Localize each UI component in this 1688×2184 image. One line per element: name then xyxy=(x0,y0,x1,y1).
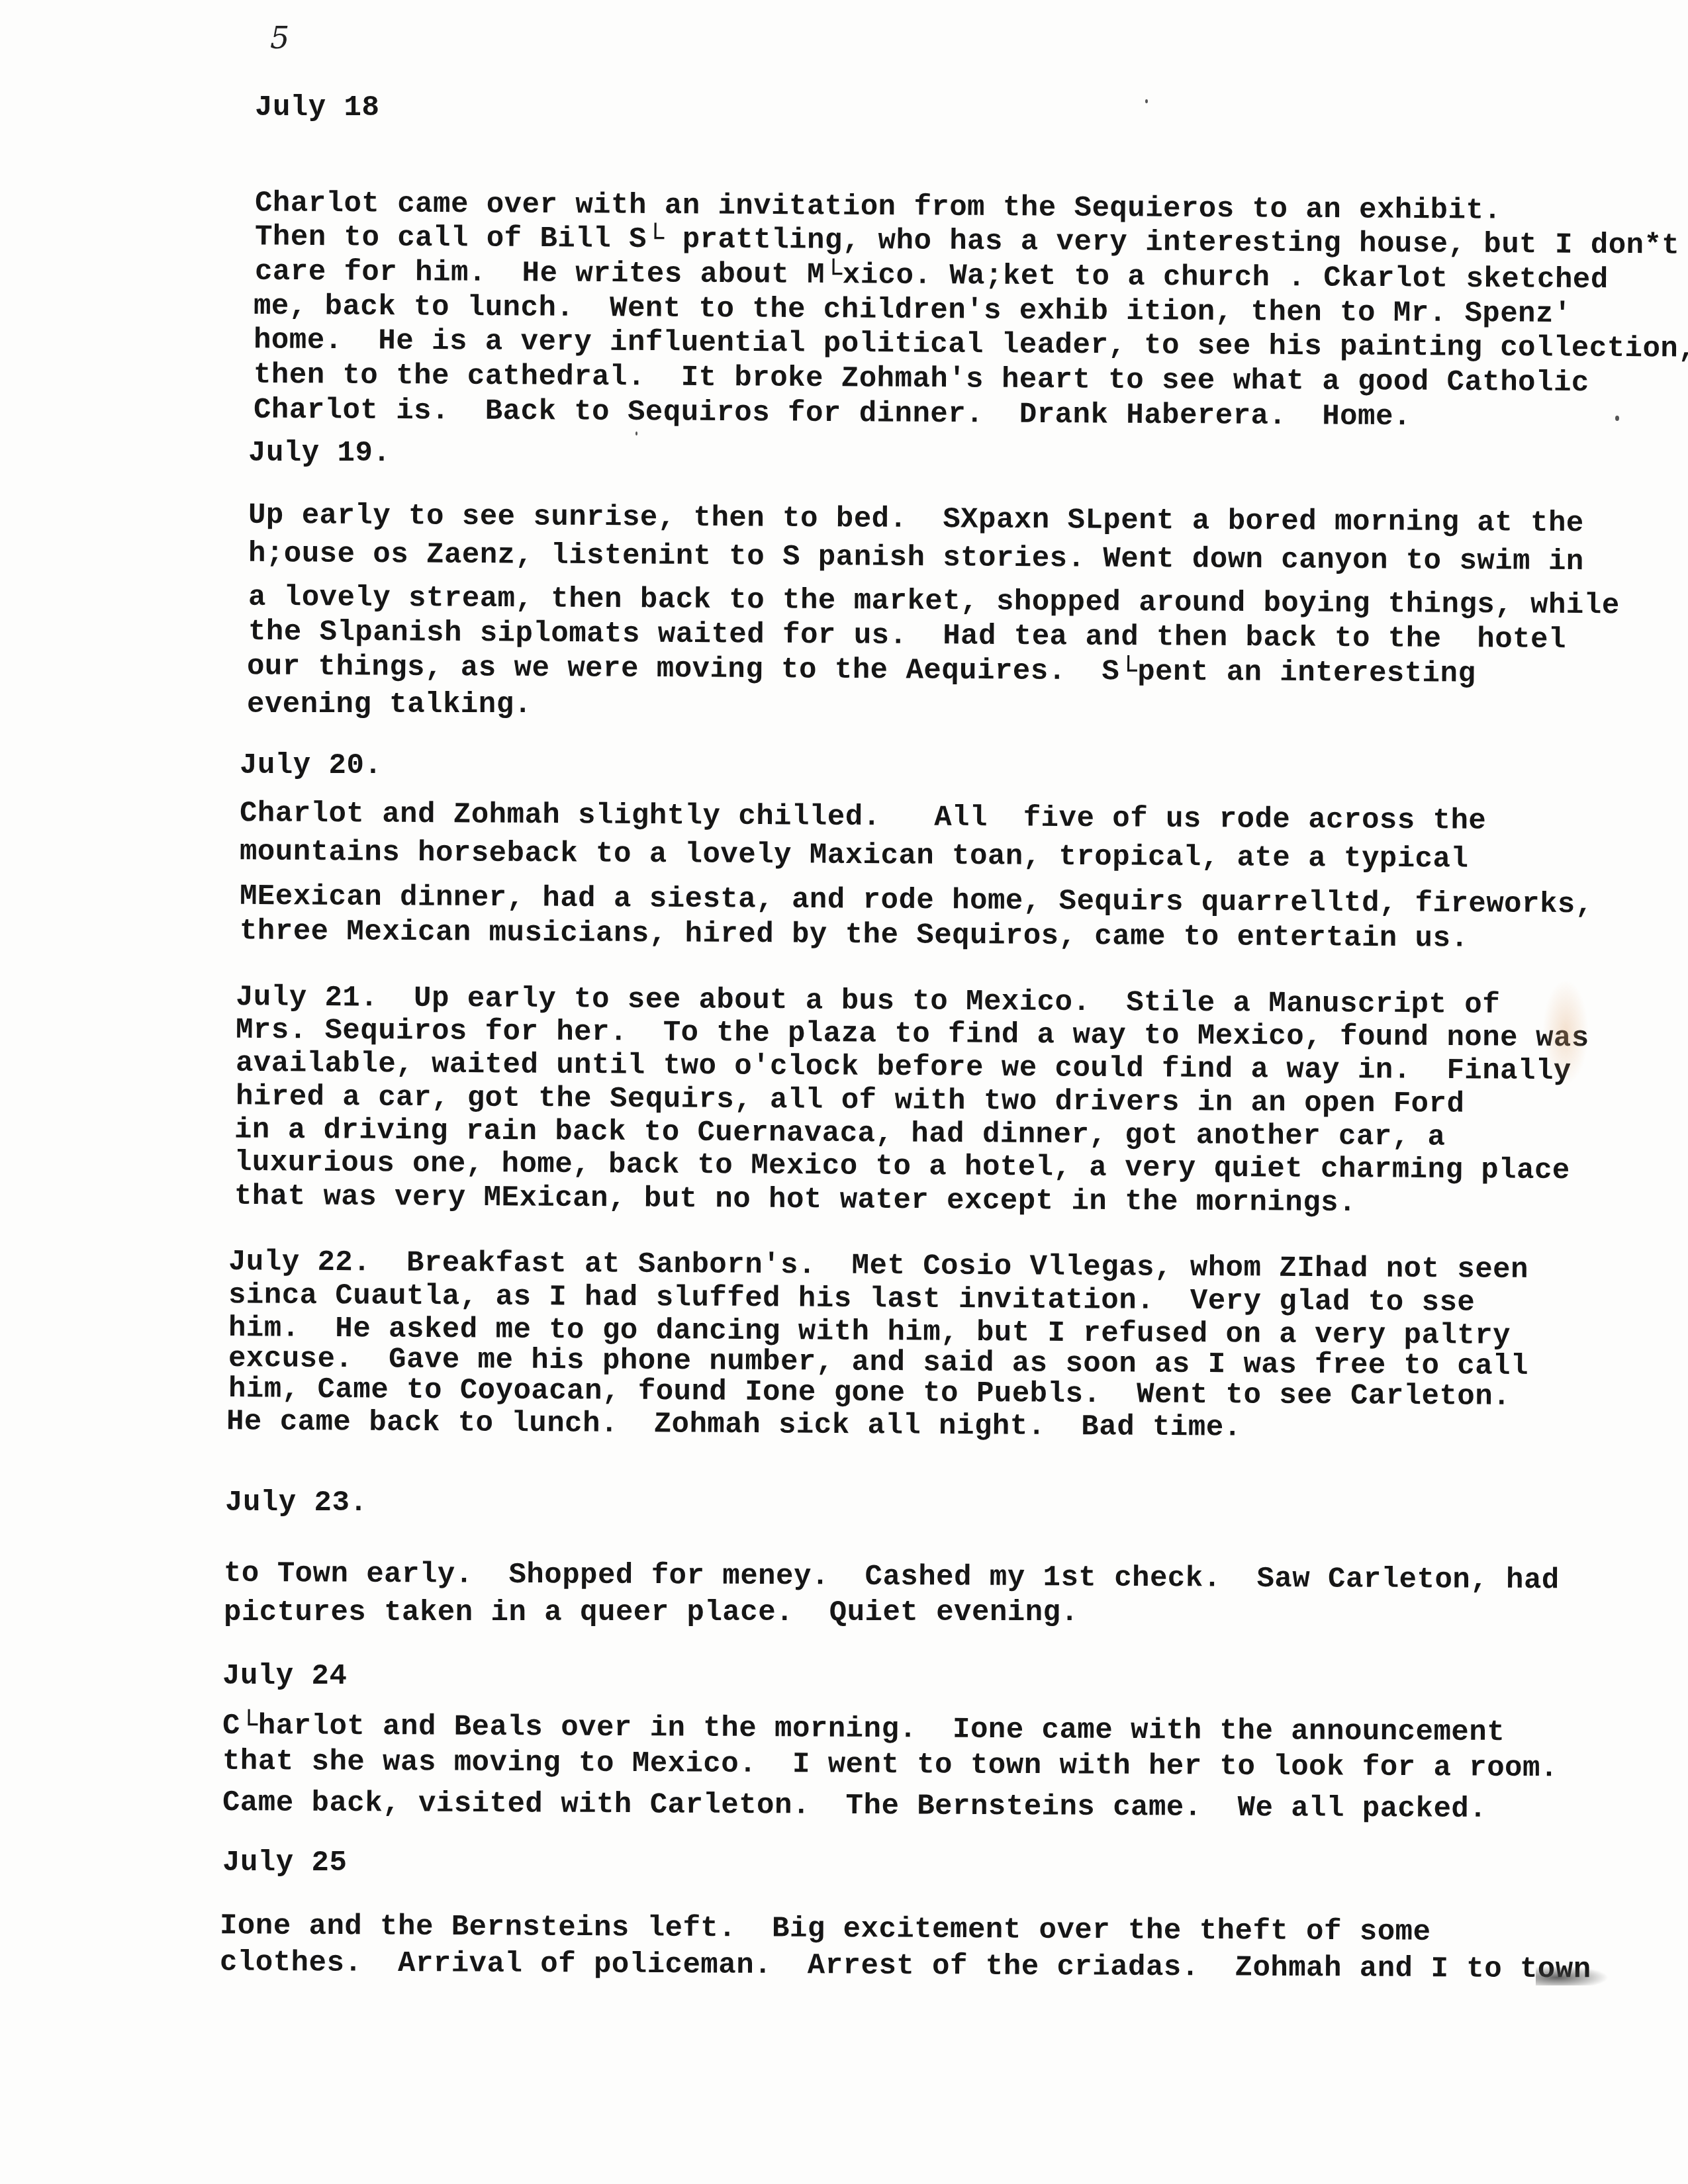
entry-line: three Mexican musicians, hired by the Se… xyxy=(240,915,1469,955)
entry-date: July 18 xyxy=(255,91,379,124)
speck-mark xyxy=(635,432,637,435)
entry-line: clothes. Arrival of policeman. Arrest of… xyxy=(220,1946,1591,1987)
entry-line: He came back to lunch. Zohmah sick all n… xyxy=(226,1405,1242,1444)
entry-line: then to the cathedral. It broke Zohmah's… xyxy=(254,359,1589,400)
entry-date: July 25 xyxy=(222,1846,347,1880)
entry-line: Charlot is. Back to Sequiros for dinner.… xyxy=(254,394,1411,434)
entry-line: evening talking. xyxy=(247,688,532,721)
entry-line: Ione and the Bernsteins left. Big excite… xyxy=(220,1909,1431,1949)
document-page: 5 July 18 Charlot came over with an invi… xyxy=(0,0,1688,2184)
page-number: 5 xyxy=(270,20,289,56)
entry-line: our things, as we were moving to the Aeq… xyxy=(247,650,1476,690)
entry-line: pictures taken in a queer place. Quiet e… xyxy=(224,1596,1078,1629)
entry-line: that she was moving to Mexico. I went to… xyxy=(222,1745,1558,1786)
speck-mark xyxy=(1615,416,1619,421)
entry-date: July 24 xyxy=(222,1660,347,1693)
entry-date: July 19. xyxy=(248,437,391,470)
entry-line: Charlot and Zohmah slightly chilled. All… xyxy=(240,797,1487,838)
entry-date: July 20. xyxy=(240,749,382,782)
entry-line: Up early to see sunrise, then to bed. SX… xyxy=(248,499,1584,540)
entry-line: mountains horseback to a lovely Maxican … xyxy=(240,835,1469,876)
entry-line: Came back, visited with Carleton. The Be… xyxy=(222,1786,1487,1826)
entry-line: C└harlot and Beals over in the morning. … xyxy=(222,1709,1505,1749)
entry-line: to Town early. Shopped for meney. Cashed… xyxy=(224,1557,1560,1598)
speck-mark xyxy=(1145,99,1148,103)
entry-line: that was very MExican, but no hot water … xyxy=(234,1180,1356,1220)
entry-line: h;ouse os Zaenz, listenint to S panish s… xyxy=(248,537,1584,578)
paper-stain xyxy=(1542,979,1589,1085)
entry-date: July 23. xyxy=(225,1486,367,1520)
entry-line: MEexican dinner, had a siesta, and rode … xyxy=(240,880,1593,921)
entry-line: the Slpanish siplomats waited for us. Ha… xyxy=(248,615,1566,657)
ink-smudge xyxy=(1536,1966,1609,1985)
